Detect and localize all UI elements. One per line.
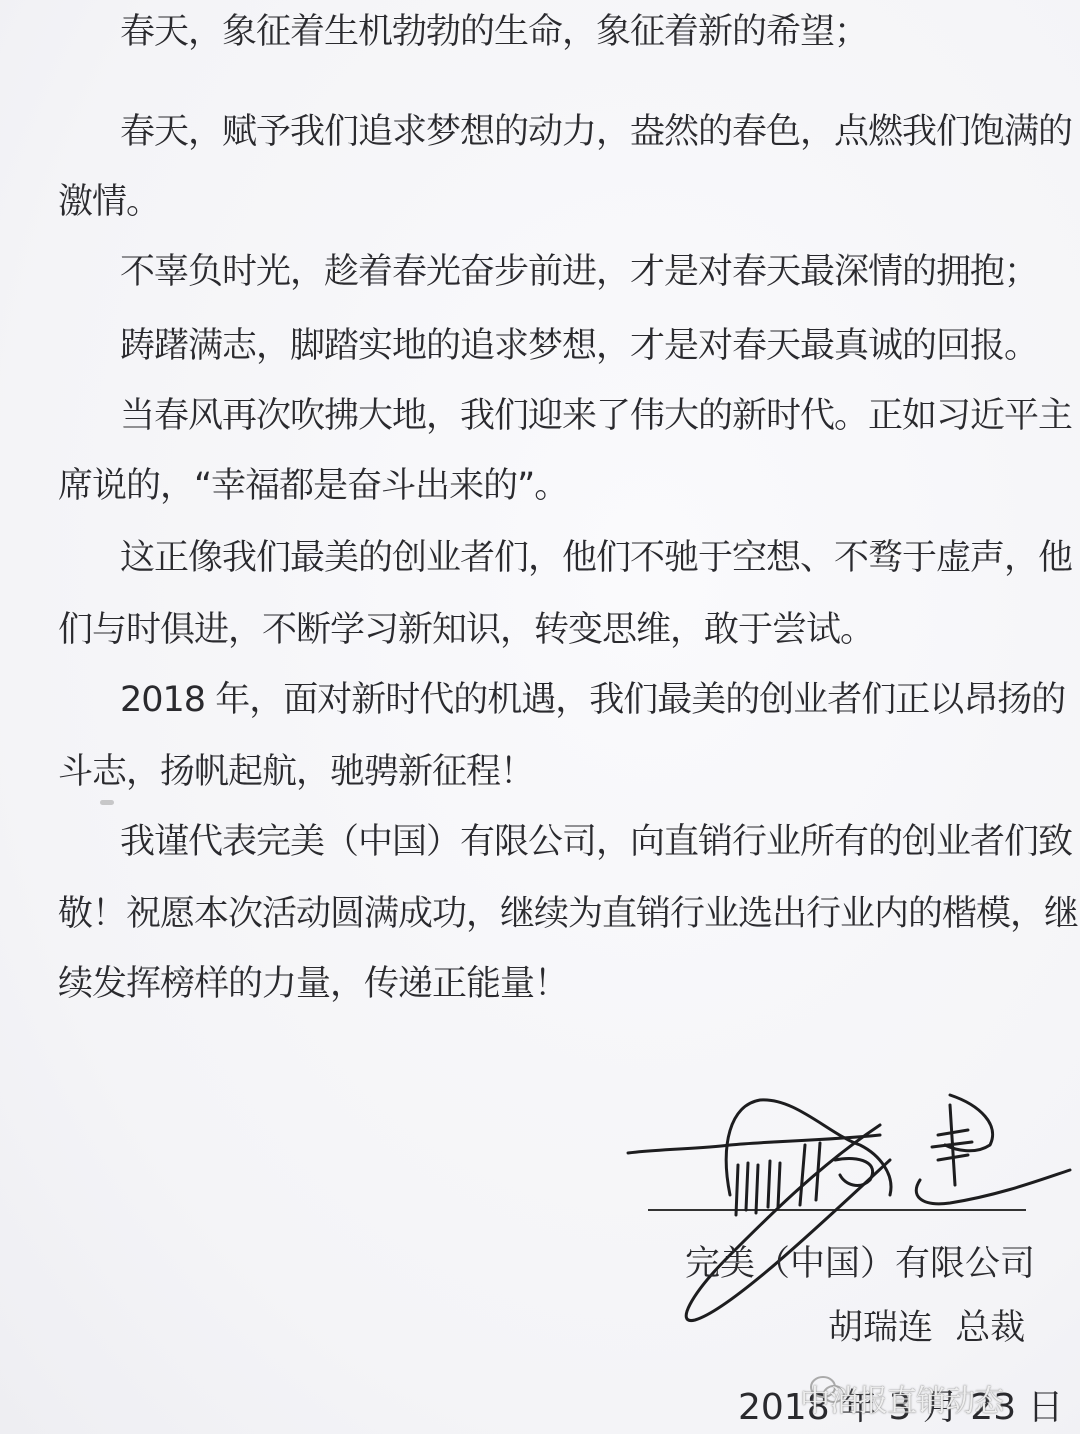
letter-line: 2018 年，面对新时代的机遇，我们最美的创业者们正以昂扬的 [120,680,1065,720]
letter-line: 斗志，扬帆起航，驰骋新征程！ [58,752,534,792]
paper-speck [100,800,114,805]
letter-line: 春天，赋予我们追求梦想的动力，盎然的春色，点燃我们饱满的 [120,112,1072,152]
letter-line: 激情。 [58,182,160,222]
company-name: 完美（中国）有限公司 [685,1244,1035,1284]
letter-line: 不辜负时光，趁着春光奋步前进，才是对春天最深情的拥抱； [120,252,1038,292]
letter-line: 当春风再次吹拂大地，我们迎来了伟大的新时代。正如习近平主 [120,396,1072,436]
letter-line: 春天，象征着生机勃勃的生命，象征着新的希望； [120,12,868,52]
letter-page: 春天，象征着生机勃勃的生命，象征着新的希望； 春天，赋予我们追求梦想的动力，盎然… [0,0,1080,1434]
letter-line: 席说的，“幸福都是奋斗出来的”。 [58,466,568,506]
letter-line: 我谨代表完美（中国）有限公司，向直销行业所有的创业者们致 [120,822,1072,862]
letter-line: 这正像我们最美的创业者们，他们不驰于空想、不骛于虚声，他 [120,538,1072,578]
signer-name-title: 胡瑞连 总裁 [828,1308,1025,1348]
letter-line: 续发挥榜样的力量，传递正能量！ [58,964,568,1004]
letter-line: 踌躇满志，脚踏实地的追求梦想，才是对春天最真诚的回报。 [120,326,1038,366]
handwritten-signature [620,1085,1080,1325]
watermark-text: 中消报直销动态 [800,1376,1003,1420]
letter-line: 们与时俱进，不断学习新知识，转变思维，敢于尝试。 [58,610,874,650]
letter-line: 敬！祝愿本次活动圆满成功，继续为直销行业选出行业内的楷模，继 [58,894,1078,934]
